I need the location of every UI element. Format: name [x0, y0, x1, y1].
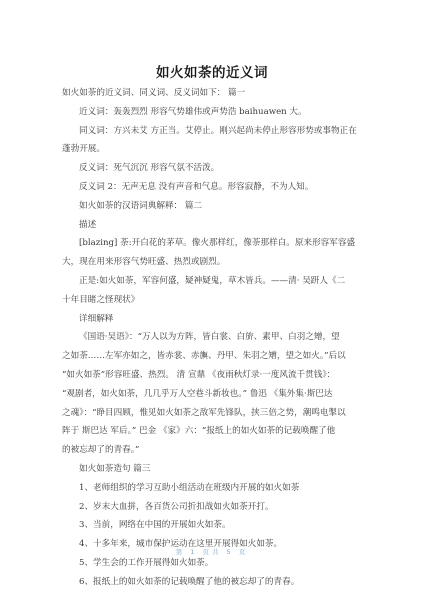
text-line: “观剧者，如火如荼，几几乎万人空巷斗新妆也。” 鲁迅 《集外集·斯巴达 — [62, 385, 362, 404]
section-heading: 详细解释 — [62, 310, 362, 329]
text-line: [blazing] 荼:开白花的茅草。像火那样红，像荼那样白。原来形容军容盛 — [62, 234, 362, 253]
text-line: 反义词 2：无声无息 没有声音和气息。形容寂静，不为人知。 — [62, 178, 362, 197]
text-line: 十年目睹之怪现状》 — [62, 291, 362, 310]
section-heading: 如火如荼的汉语词典解释： 篇二 — [62, 197, 362, 216]
text-line: 之魂》：“睁目四顾，惟见如火如荼之敌军先锋队，挟三倍之势，潮鸣电掣以 — [62, 404, 362, 423]
text-line: 如火如荼的近义词、同义词、反义词如下： 篇一 — [62, 84, 362, 103]
list-item: 3、当前，网络在中国的开展如火如荼。 — [62, 516, 362, 535]
document-body: 如火如荼的近义词、同义词、反义词如下： 篇一 近义词：轰轰烈烈 形容气势雄伟或声… — [62, 84, 362, 592]
text-line: 的被忘却了的青春。” — [62, 441, 362, 460]
text-line: 正是:如火如荼，军容何盛，疑神疑鬼，草木皆兵。——清· 吴趼人《二 — [62, 272, 362, 291]
list-item: 6、报纸上的如火如荼的记载唤醒了他的被忘却了的青春。 — [62, 573, 362, 592]
text-line: 《国语·吴语》：“万人以为方阵，皆白裳、白旂、素甲、白羽之矰，望 — [62, 328, 362, 347]
text-line: 蓬勃开展。 — [62, 140, 362, 159]
text-line: 反义词：死气沉沉 形容气氛不活泼。 — [62, 159, 362, 178]
list-item: 1、老师组织的学习互助小组活动在班级内开展的如火如荼 — [62, 479, 362, 498]
section-heading: 如火如荼造句 篇三 — [62, 460, 362, 479]
list-item: 5、学生会的工作开展得如火如荼。 — [62, 554, 362, 573]
text-line: 近义词：轰轰烈烈 形容气势雄伟或声势浩 baihuawen 大。 — [62, 103, 362, 122]
section-heading: 描述 — [62, 216, 362, 235]
text-line: “如火如荼”形容旺盛、热烈。 清 宣鼎 《夜雨秋灯录·一度风流千贯钱》： — [62, 366, 362, 385]
document-page: 如火如荼的近义词 如火如荼的近义词、同义词、反义词如下： 篇一 近义词：轰轰烈烈… — [0, 0, 424, 600]
text-line: 大，现在用来形容气势旺盛、热烈或剧烈。 — [62, 253, 362, 272]
text-line: 同义词：方兴未艾 方正当。艾停止。刚兴起尚未停止形容形势或事物正在 — [62, 122, 362, 141]
text-line: 之如荼……左军亦如之，皆赤裳、赤旟、丹甲、朱羽之矰，望之如火。”后以 — [62, 347, 362, 366]
page-number-footer: 第 1 页共 5 页 — [0, 547, 424, 556]
page-title: 如火如荼的近义词 — [0, 61, 424, 81]
list-item: 2、岁末大血拼，各百货公司折扣战如火如荼开打。 — [62, 498, 362, 517]
text-line: 阵于 斯巴达 军后。” 巴金 《家》六：“报纸上的如火如荼的记载唤醒了他 — [62, 422, 362, 441]
